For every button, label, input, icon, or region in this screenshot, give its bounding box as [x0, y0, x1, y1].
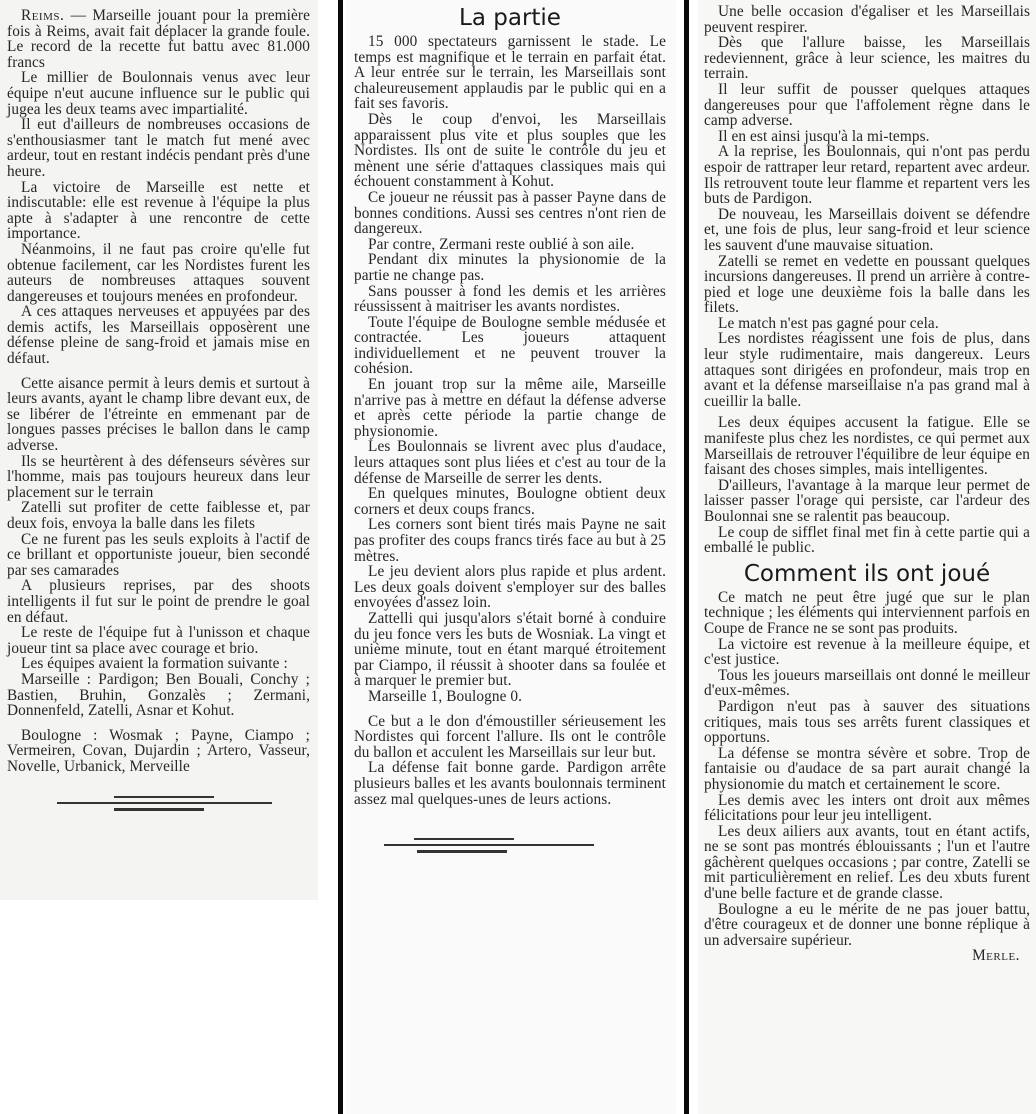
paragraph: Ce joueur ne réussit pas à passer Payne …: [354, 190, 666, 237]
paragraph: Les deux ailiers aux avants, tout en éta…: [704, 824, 1030, 902]
article-column-2: La partie 15 000 spectateurs garnissent …: [346, 0, 676, 1114]
column-rule-1: [338, 0, 343, 1114]
paragraph: Les nordistes réagissent une fois de plu…: [704, 331, 1030, 409]
paragraph: A ces attaques nerveuses et appuyées par…: [7, 304, 310, 366]
paragraph: Le match n'est pas gagné pour cela.: [704, 316, 1030, 332]
paragraph: Dès le coup d'envoi, les Marseillais app…: [354, 112, 666, 190]
paragraph: A la reprise, les Boulonnais, qui n'ont …: [704, 144, 1030, 206]
paragraph: 15 000 spectateurs garnissent le stade. …: [354, 34, 666, 112]
section-ornament: [354, 833, 666, 857]
paragraph: Le reste de l'équipe fut à l'unisson et …: [7, 625, 310, 656]
paragraph: Cette aisance permit à leurs demis et su…: [7, 376, 310, 454]
paragraph: Pendant dix minutes la physionomie de la…: [354, 252, 666, 283]
paragraph: Zattelli qui jusqu'alors s'était borné à…: [354, 611, 666, 689]
paragraph: Pardigon n'eut pas à sauver des situatio…: [704, 699, 1030, 746]
paragraph: De nouveau, les Marseillais doivent se d…: [704, 207, 1030, 254]
paragraph: D'ailleurs, l'avantage à la marque leur …: [704, 478, 1030, 525]
paragraph: En quelques minutes, Boulogne obtient de…: [354, 486, 666, 517]
paragraph: Il en est ainsi jusqu'à la mi-temps.: [704, 129, 1030, 145]
article-column-3: Une belle occasion d'égaliser et les Mar…: [698, 0, 1036, 1114]
paragraph: Les demis avec les inters ont droit aux …: [704, 793, 1030, 824]
paragraph: Une belle occasion d'égaliser et les Mar…: [704, 4, 1030, 35]
section-ornament: [7, 791, 310, 815]
lineup-marseille: Marseille : Pardigon; Ben Bouali, Conchy…: [7, 672, 310, 719]
score-line: Marseille 1, Boulogne 0.: [354, 689, 666, 705]
paragraph: A plusieurs reprises, par des shoots int…: [7, 578, 310, 625]
paragraph: Les Boulonnais se livrent avec plus d'au…: [354, 439, 666, 486]
paragraph: Par contre, Zermani reste oublié à son a…: [354, 237, 666, 253]
paragraph: En jouant trop sur la même aile, Marseil…: [354, 377, 666, 439]
paragraph-opening: Reims. — Marseille jouant pour la premiè…: [7, 8, 310, 70]
paragraph: Ce ne furent pas les seuls exploits à l'…: [7, 532, 310, 579]
paragraph: Il leur suffit de pousser quelques attaq…: [704, 82, 1030, 129]
column-rule-2: [684, 0, 689, 1114]
author-signature: Merle.: [972, 947, 1020, 964]
lineup-boulogne: Boulogne : Wosmak ; Payne, Ciampo ; Verm…: [7, 728, 310, 775]
paragraph: La défense se montra sévère et sobre. Tr…: [704, 746, 1030, 793]
paragraph-closing: Boulogne a eu le mérite de ne pas jouer …: [704, 902, 1030, 949]
paragraph: Les équipes avaient la formation suivant…: [7, 656, 310, 672]
paragraph: La victoire de Marseille est nette et in…: [7, 180, 310, 242]
paragraph: La victoire est revenue à la meilleure é…: [704, 637, 1030, 668]
paragraph: Dès que l'allure baisse, les Marseillais…: [704, 35, 1030, 82]
section-heading-comment-ils-ont-joue: Comment ils ont joué: [704, 560, 1030, 588]
section-heading-la-partie: La partie: [354, 4, 666, 32]
paragraph: Tous les joueurs marseillais ont donné l…: [704, 668, 1030, 699]
paragraph: Zatelli se remet en vedette en poussant …: [704, 254, 1030, 316]
paragraph: Le coup de sifflet final met fin à cette…: [704, 525, 1030, 556]
paragraph: Ce match ne peut être jugé que sur le pl…: [704, 590, 1030, 637]
paragraph: Ils se heurtèrent à des défenseurs sévèr…: [7, 454, 310, 501]
article-column-1: Reims. — Marseille jouant pour la premiè…: [0, 0, 318, 900]
paragraph: Sans pousser à fond les demis et les arr…: [354, 284, 666, 315]
paragraph: Toute l'équipe de Boulogne semble médusé…: [354, 315, 666, 377]
paragraph: Il eut d'ailleurs de nombreuses occasion…: [7, 117, 310, 179]
dateline: Reims.: [21, 7, 64, 24]
paragraph: Néanmoins, il ne faut pas croire qu'elle…: [7, 242, 310, 304]
paragraph: Le millier de Boulonnais venus avec leur…: [7, 70, 310, 117]
paragraph: Le jeu devient alors plus rapide et plus…: [354, 564, 666, 611]
byline: Merle.: [704, 948, 1030, 964]
paragraph: Les corners sont bient tirés mais Payne …: [354, 517, 666, 564]
paragraph: Ce but a le don d'émoustiller sérieuseme…: [354, 714, 666, 761]
paragraph: Les deux équipes accusent la fatigue. El…: [704, 415, 1030, 477]
paragraph: Zatelli sut profiter de cette faiblesse …: [7, 500, 310, 531]
paragraph: La défense fait bonne garde. Pardigon ar…: [354, 760, 666, 807]
